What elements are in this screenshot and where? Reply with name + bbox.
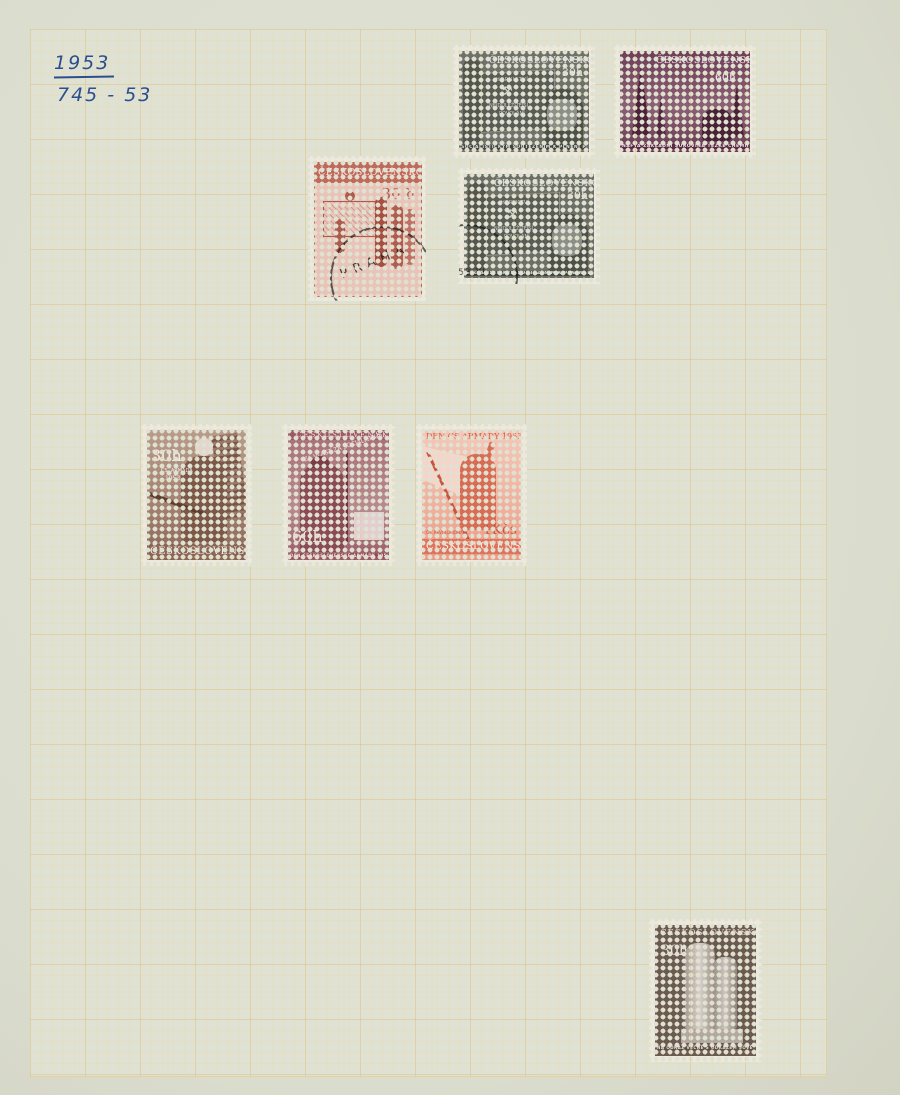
stamp-face: HORNICTVÍ ⚒ NEJDŮLEŽITĚJŠÍ POVOLÁNÍ ČESK… <box>459 51 589 152</box>
stamp-country: ČESKOSLOVENSKO <box>426 541 521 552</box>
stamp-oil-derricks[interactable]: ČESKOSLOVENSKO 60h NAFTA ZÁKLADNÍ SUROVI… <box>614 45 756 158</box>
stamp-country: ČESKOSLOVENSKO <box>318 167 422 178</box>
stamp-caption: DEN ČESKOSLOVENSKÉ ARMÁDY 1953 <box>290 553 387 558</box>
stamp-country: ČESKOSLOVENSKO <box>656 55 750 66</box>
oil-derrick-1 <box>632 65 650 135</box>
statue-pedestal <box>681 1029 743 1043</box>
flag-text-1: HORNICTVÍ <box>501 200 529 206</box>
stamp-face: 30h ČS. ARMÁDA 1953 ČESKOSLOVENSKO <box>147 430 246 560</box>
worker-figure <box>702 109 732 141</box>
stamp-subtext: ČS. REVOLUCIONÁŘI <box>426 530 467 535</box>
hammer-pick-icon: ⚒ <box>507 207 518 221</box>
miner-face <box>547 99 577 131</box>
stamp-miner-used[interactable]: HORNICTVÍ ⚒ NEJDŮLEŽITĚJŠÍ POVOLÁNÍ ČESK… <box>458 168 600 284</box>
stamp-country: ČESKOSLOVENSKO <box>489 55 589 66</box>
statue-figure-2 <box>713 957 737 1029</box>
stamp-value: 30h <box>562 66 583 79</box>
miner-face <box>552 224 582 256</box>
stamp-face: ČESKOSLOVENSKO 60h NAFTA ZÁKLADNÍ SUROVI… <box>620 51 750 152</box>
stamp-value: 60h <box>715 71 736 84</box>
stamp-country: ČESKOSLOVENSKO <box>150 546 246 557</box>
stamp-subtext: ČS. ARMÁDA <box>161 468 193 474</box>
flag-text-2: NEJDŮLEŽITĚJŠÍ <box>489 103 528 109</box>
stamp-volleyball[interactable]: ČESKOSLOVENSKO 30 h PRAHA <box>308 156 426 301</box>
stamp-caption: SOCIALISTICKÝM SOUTĚŽENÍM K PLNĚNÍ PLÁNU <box>461 145 587 150</box>
stamp-face: DEN ČS ARMÁDY 1953 ČS. REVOLUCIONÁŘI 1Kč… <box>422 430 521 560</box>
rifle <box>346 452 348 542</box>
stamp-face: ČESKOSLOVENSKO 30h NA ODRAZ VĚČNÉ S ODKA… <box>655 925 756 1056</box>
stamp-miner-mint[interactable]: HORNICTVÍ ⚒ NEJDŮLEŽITĚJŠÍ POVOLÁNÍ ČESK… <box>453 45 595 158</box>
handwritten-year: 1953 <box>54 52 110 74</box>
album-page: 1953 745 - 53 HORNICTVÍ ⚒ NEJDŮLEŽITĚJŠÍ… <box>0 0 900 1095</box>
statue-figure <box>463 59 481 147</box>
flag-text-3: POVOLÁNÍ <box>504 234 530 240</box>
stamp-value: 60h <box>292 527 323 546</box>
stamp-caption: NAFTA ZÁKLADNÍ SUROVINA TĚŽKÉ CHEMIE <box>622 144 748 149</box>
stamp-value: 30 h <box>381 185 415 203</box>
stamp-value: 30h <box>567 189 588 202</box>
stamp-face: ČESKOSLOVENSKO ZA VLAST ZA SOCIALISMUS 6… <box>288 430 389 560</box>
stamp-army-soldier[interactable]: ČESKOSLOVENSKO ZA VLAST ZA SOCIALISMUS 6… <box>282 424 395 566</box>
handwritten-catalogue-range: 745 - 53 <box>57 84 152 106</box>
stamp-army-hussite[interactable]: 30h ČS. ARMÁDA 1953 ČESKOSLOVENSKO <box>141 424 252 566</box>
stamp-country: ČESKOSLOVENSKO <box>494 178 594 189</box>
stamp-country: ČESKOSLOVENSKO <box>660 928 756 938</box>
stamp-value: 30h <box>151 446 182 465</box>
flag-text-3: POVOLÁNÍ <box>499 111 525 117</box>
hussite-head <box>195 438 213 456</box>
hammer-pick-icon: ⚒ <box>502 84 513 98</box>
flag-text-2: NEJDŮLEŽITĚJŠÍ <box>494 226 533 232</box>
postmark-text: 53-XI <box>458 268 486 278</box>
stamp-monument[interactable]: ČESKOSLOVENSKO 30h NA ODRAZ VĚČNÉ S ODKA… <box>649 919 762 1062</box>
stamp-value: 1Kčs <box>483 522 517 538</box>
oil-derrick-2 <box>656 95 666 137</box>
stamp-header: DEN ČS ARMÁDY 1953 <box>426 432 521 441</box>
stamp-subtext-year: 1953 <box>165 475 180 482</box>
soldier-helmet <box>310 456 330 468</box>
oil-derrick-3 <box>730 85 744 137</box>
flag-text-1: HORNICTVÍ <box>496 77 528 83</box>
stamp-army-flag[interactable]: DEN ČS ARMÁDY 1953 ČS. REVOLUCIONÁŘI 1Kč… <box>416 424 527 566</box>
volleyball-ball <box>345 191 355 201</box>
inscription-panel <box>354 512 384 540</box>
soldier-figure <box>460 454 496 530</box>
stamp-caption: NA ODRAZ VĚČNÉ S ODKAZEM SOVĚTSKÝM LIDEM <box>657 1045 754 1050</box>
stamp-value: 30h <box>661 943 688 959</box>
statue-figure-1 <box>685 943 715 1031</box>
